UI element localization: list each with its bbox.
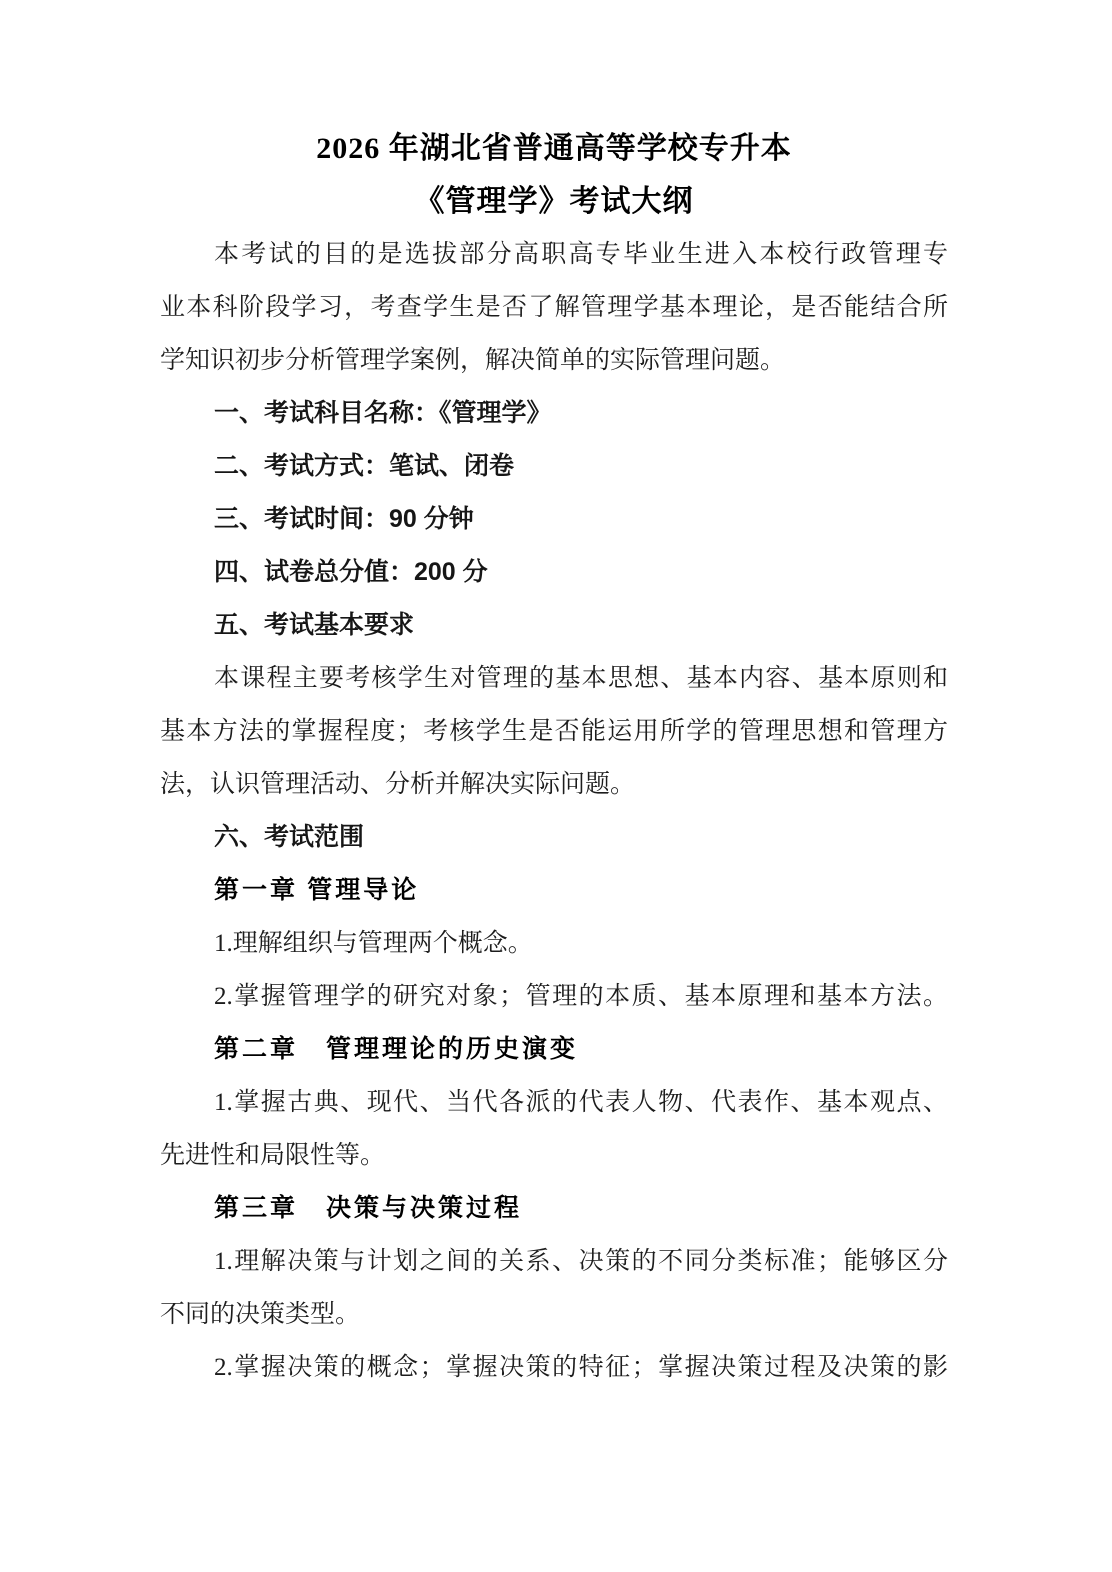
requirements-line-2: 基本方法的掌握程度；考核学生是否能运用所学的管理思想和管理方: [160, 705, 948, 758]
chapter-3-point-1-line-1: 1.理解决策与计划之间的关系、决策的不同分类标准；能够区分: [160, 1235, 948, 1288]
chapter-3-point-1-line-2: 不同的决策类型。: [160, 1288, 948, 1341]
item-exam-method: 二、考试方式：笔试、闭卷: [160, 440, 948, 493]
chapter-2-heading: 第二章 管理理论的历史演变: [160, 1023, 948, 1076]
intro-paragraph: 本考试的目的是选拔部分高职高专毕业生进入本校行政管理专 业本科阶段学习，考查学生…: [160, 228, 948, 387]
doc-title-line-1: 2026 年湖北省普通高等学校专升本: [160, 122, 948, 175]
document-content: 2026 年湖北省普通高等学校专升本 《管理学》考试大纲 本考试的目的是选拔部分…: [160, 122, 948, 1394]
chapter-1-point-1: 1.理解组织与管理两个概念。: [160, 917, 948, 970]
item-exam-requirements-heading: 五、考试基本要求: [160, 599, 948, 652]
requirements-line-1: 本课程主要考核学生对管理的基本思想、基本内容、基本原则和: [160, 652, 948, 705]
item-exam-total-score: 四、试卷总分值：200 分: [160, 546, 948, 599]
chapter-1-point-2: 2.掌握管理学的研究对象；管理的本质、基本原理和基本方法。: [160, 970, 948, 1023]
intro-line-3: 学知识初步分析管理学案例，解决简单的实际管理问题。: [160, 334, 948, 387]
document-page: 2026 年湖北省普通高等学校专升本 《管理学》考试大纲 本考试的目的是选拔部分…: [0, 0, 1112, 1572]
chapter-2-point-1-line-2: 先进性和局限性等。: [160, 1129, 948, 1182]
chapter-3-point-2-line-1: 2.掌握决策的概念；掌握决策的特征；掌握决策过程及决策的影: [160, 1341, 948, 1394]
chapter-1-heading: 第一章 管理导论: [160, 864, 948, 917]
intro-line-1: 本考试的目的是选拔部分高职高专毕业生进入本校行政管理专: [160, 228, 948, 281]
intro-line-2: 业本科阶段学习，考查学生是否了解管理学基本理论，是否能结合所: [160, 281, 948, 334]
doc-title-line-2: 《管理学》考试大纲: [160, 175, 948, 228]
chapter-3-heading: 第三章 决策与决策过程: [160, 1182, 948, 1235]
requirements-paragraph: 本课程主要考核学生对管理的基本思想、基本内容、基本原则和 基本方法的掌握程度；考…: [160, 652, 948, 811]
exam-info-list: 一、考试科目名称：《管理学》 二、考试方式：笔试、闭卷 三、考试时间：90 分钟…: [160, 387, 948, 652]
item-exam-duration: 三、考试时间：90 分钟: [160, 493, 948, 546]
document-header: 2026 年湖北省普通高等学校专升本 《管理学》考试大纲: [160, 122, 948, 228]
item-exam-subject: 一、考试科目名称：《管理学》: [160, 387, 948, 440]
item-exam-scope-heading: 六、考试范围: [160, 811, 948, 864]
exam-scope: 六、考试范围 第一章 管理导论 1.理解组织与管理两个概念。 2.掌握管理学的研…: [160, 811, 948, 1394]
chapter-2-point-1-line-1: 1.掌握古典、现代、当代各派的代表人物、代表作、基本观点、: [160, 1076, 948, 1129]
requirements-line-3: 法，认识管理活动、分析并解决实际问题。: [160, 758, 948, 811]
